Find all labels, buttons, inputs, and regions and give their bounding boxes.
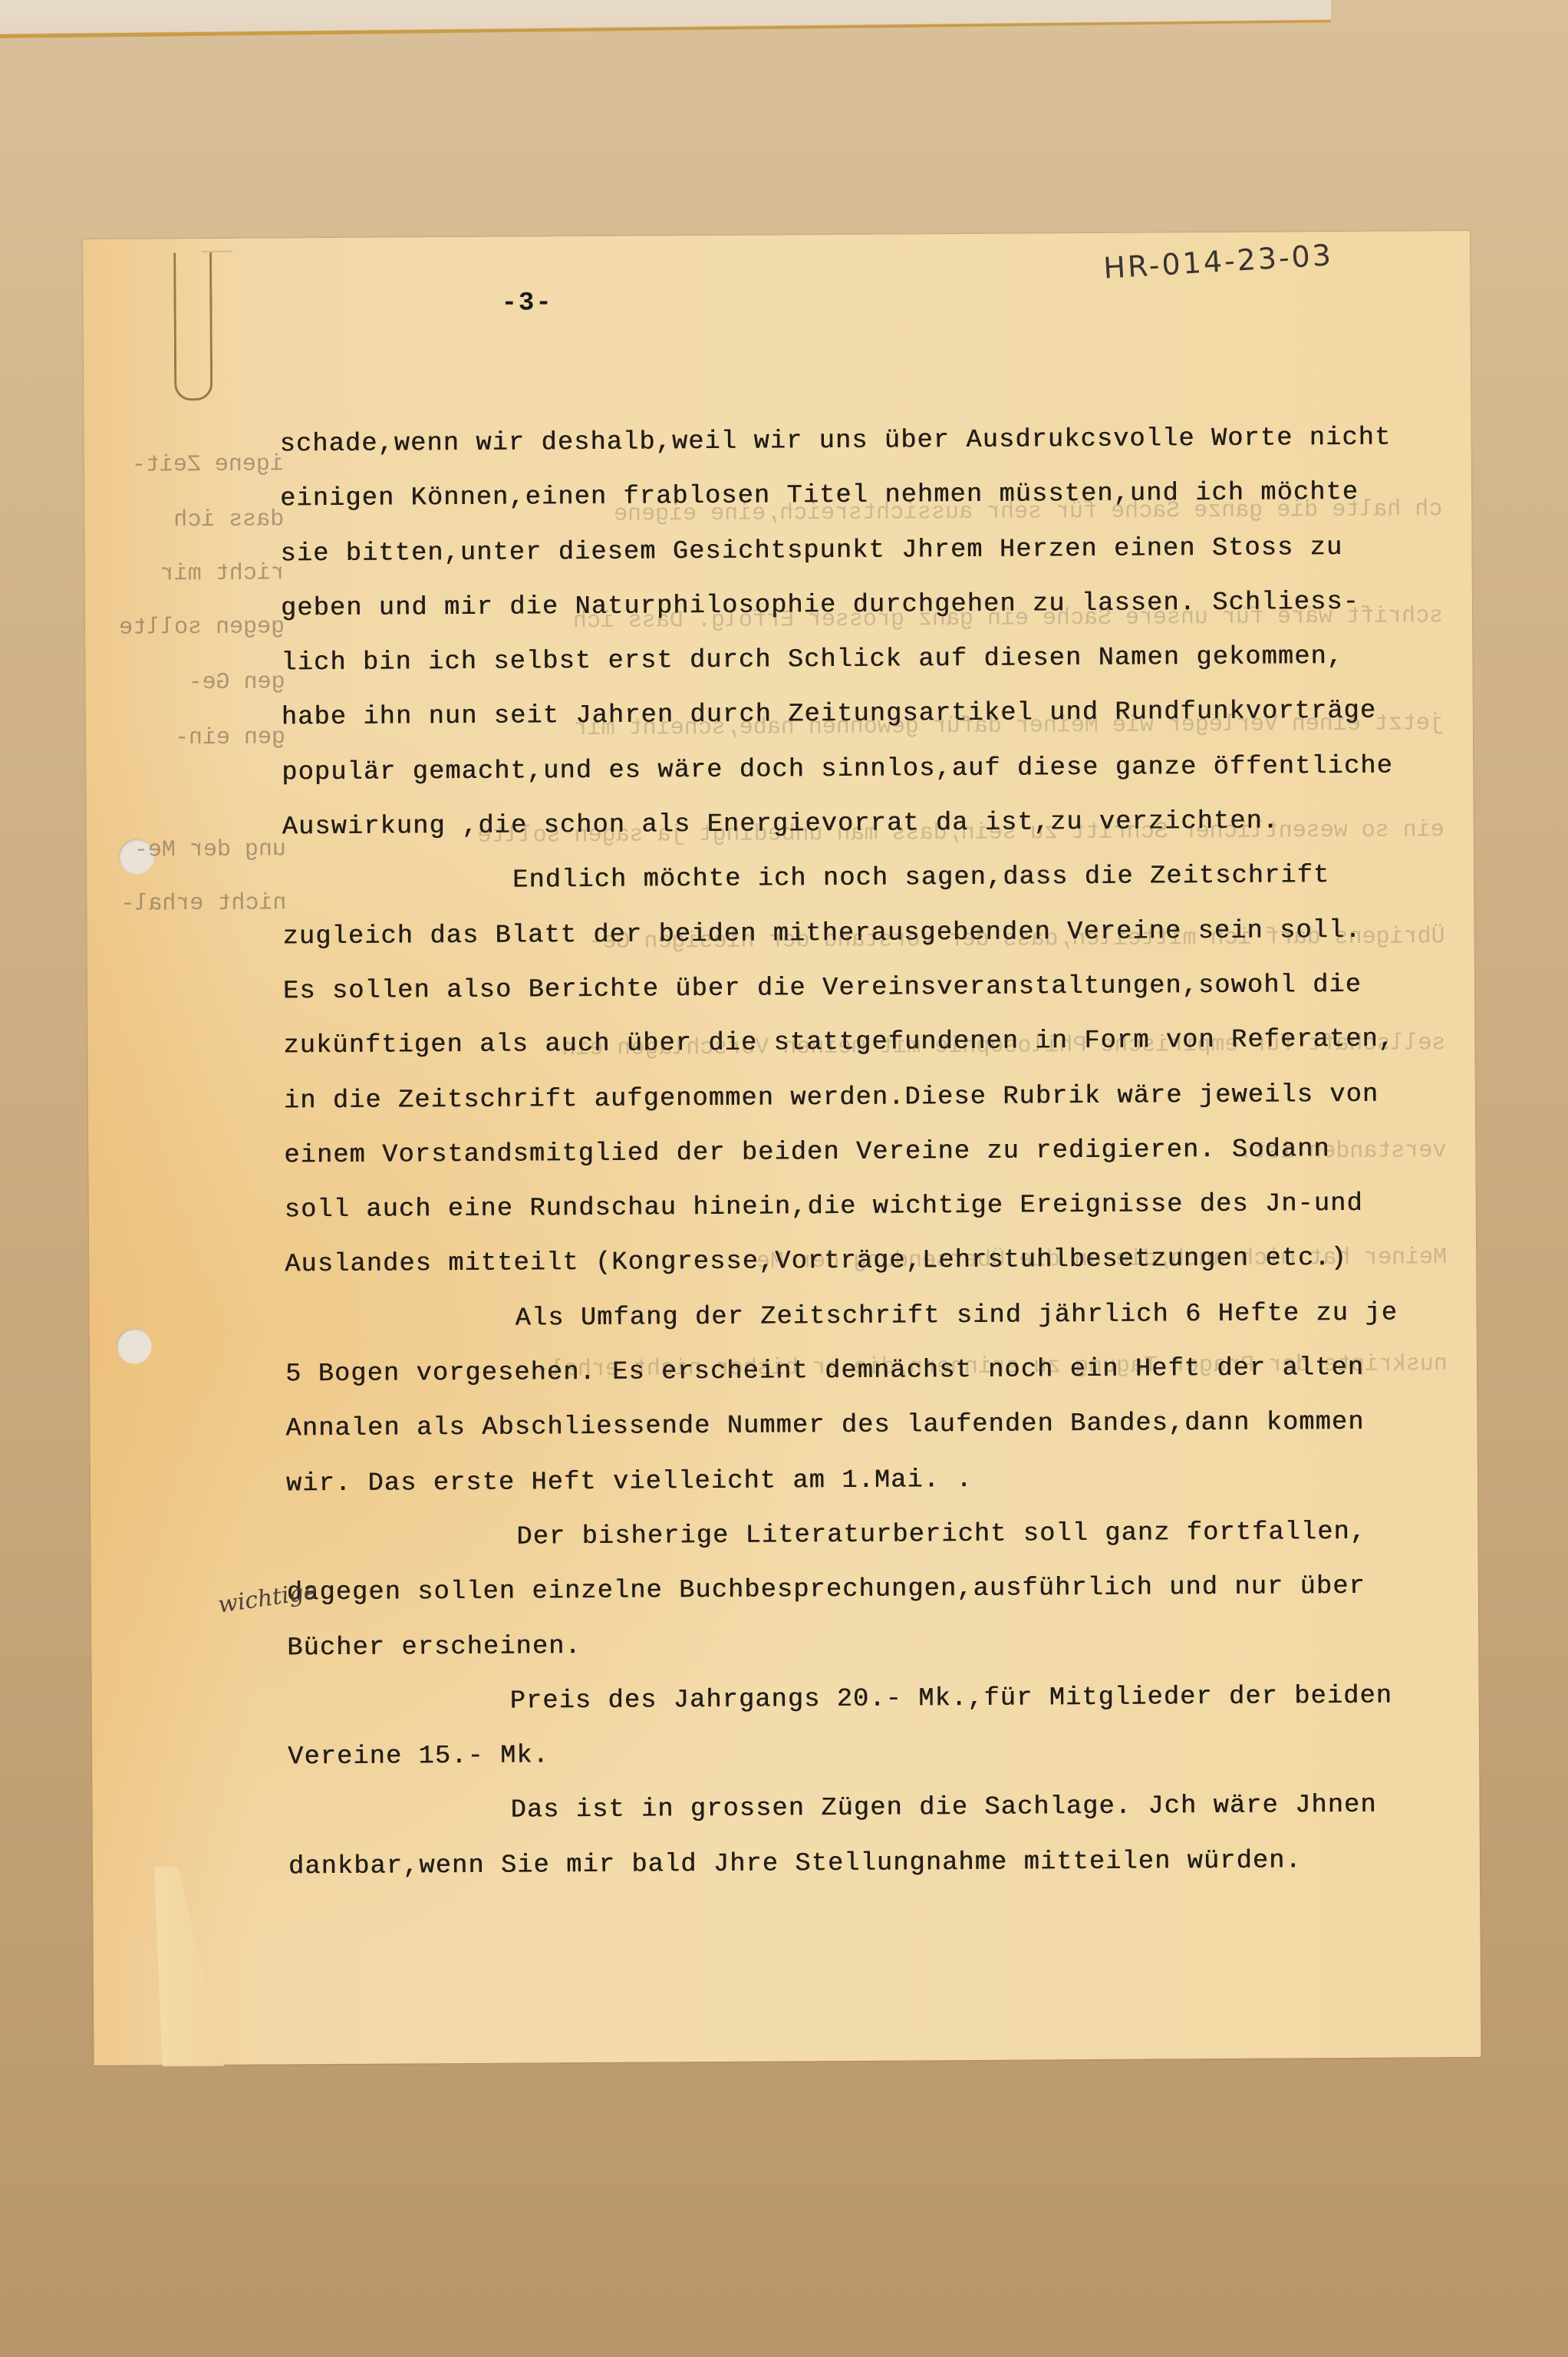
show-through-line: gen ein-	[175, 724, 285, 751]
punch-hole-icon	[117, 1328, 152, 1363]
paragraph-start-line: Endlich möchte ich noch sagen,dass die Z…	[282, 857, 1448, 919]
text-line: habe ihn nun seit Jahren durch Zeitungsa…	[282, 693, 1448, 755]
typewritten-body: schade,wenn wir deshalb,weil wir uns übe…	[279, 419, 1454, 1903]
text-line: 5 Bogen vorgesehen. Es erscheint demnäch…	[285, 1349, 1451, 1411]
text-line: einem Vorstandsmitglied der beiden Verei…	[284, 1130, 1450, 1192]
text-line: Annalen als Abschliessende Nummer des la…	[285, 1403, 1451, 1465]
show-through-line: igene Zeit-	[132, 451, 284, 478]
show-through-line: richt mir	[160, 560, 285, 587]
text-line: dagegen sollen einzelne Buchbesprechunge…	[287, 1567, 1453, 1630]
text-line: wir. Das erste Heft vielleicht am 1.Mai.…	[286, 1459, 1452, 1521]
text-line: sie bitten,unter diesem Gesichtspunkt Jh…	[280, 529, 1446, 591]
page-number: -3-	[501, 288, 552, 318]
text-line: Bücher erscheinen.	[287, 1623, 1453, 1685]
text-line: einigen Können,einen frablosen Titel neh…	[280, 473, 1446, 536]
text-line: geben und mir die Naturphilosophie durch…	[281, 583, 1447, 645]
text-line: Auslandes mitteilt (Kongresse,Vorträge,L…	[285, 1240, 1451, 1302]
text-line: lich bin ich selbst erst durch Schlick a…	[281, 638, 1447, 700]
show-through-line: nicht erhal-	[120, 890, 286, 917]
text-line: populär gemacht,und es wäre doch sinnlos…	[282, 747, 1448, 809]
text-line: zugleich das Blatt der beiden mitherausg…	[282, 911, 1448, 974]
text-line: dankbar,wenn Sie mir bald Jhre Stellungn…	[288, 1841, 1454, 1904]
show-through-line: gegen sollte	[119, 614, 285, 641]
show-through-line: dass ich	[173, 506, 284, 533]
paper-fold-corner	[154, 1867, 225, 2067]
text-line: Es sollen also Berichte über die Vereins…	[283, 966, 1449, 1028]
paragraph-start-line: Als Umfang der Zeitschrift sind jährlich…	[285, 1294, 1451, 1357]
text-line: Vereine 15.- Mk.	[288, 1732, 1454, 1794]
text-line: zukünftigen als auch über die stattgefun…	[283, 1020, 1449, 1083]
text-line: schade,wenn wir deshalb,weil wir uns übe…	[279, 419, 1445, 481]
archive-id: HR-014-23-03	[1102, 238, 1334, 285]
text-line: Auswirkung ,die schon als Energievorrat …	[282, 802, 1448, 864]
paper-clip-icon	[173, 252, 212, 401]
text-line: in die Zeitschrift aufgenommen werden.Di…	[284, 1076, 1450, 1138]
text-line: soll auch eine Rundschau hinein,die wich…	[285, 1185, 1451, 1247]
show-through-line: ung der Me-	[134, 836, 286, 863]
paragraph-start-line: Der bisherige Literaturbericht soll ganz…	[286, 1513, 1452, 1575]
document-page: -3- HR-014-23-03 igene Zeit- dass ich ri…	[83, 231, 1481, 2065]
show-through-margin: igene Zeit- dass ich richt mir gegen sol…	[84, 430, 284, 431]
paragraph-start-line: Preis des Jahrgangs 20.- Mk.,für Mitglie…	[288, 1677, 1454, 1739]
paragraph-start-line: Das ist in grossen Zügen die Sachlage. J…	[288, 1787, 1454, 1849]
show-through-line: gen Ge-	[188, 669, 285, 696]
